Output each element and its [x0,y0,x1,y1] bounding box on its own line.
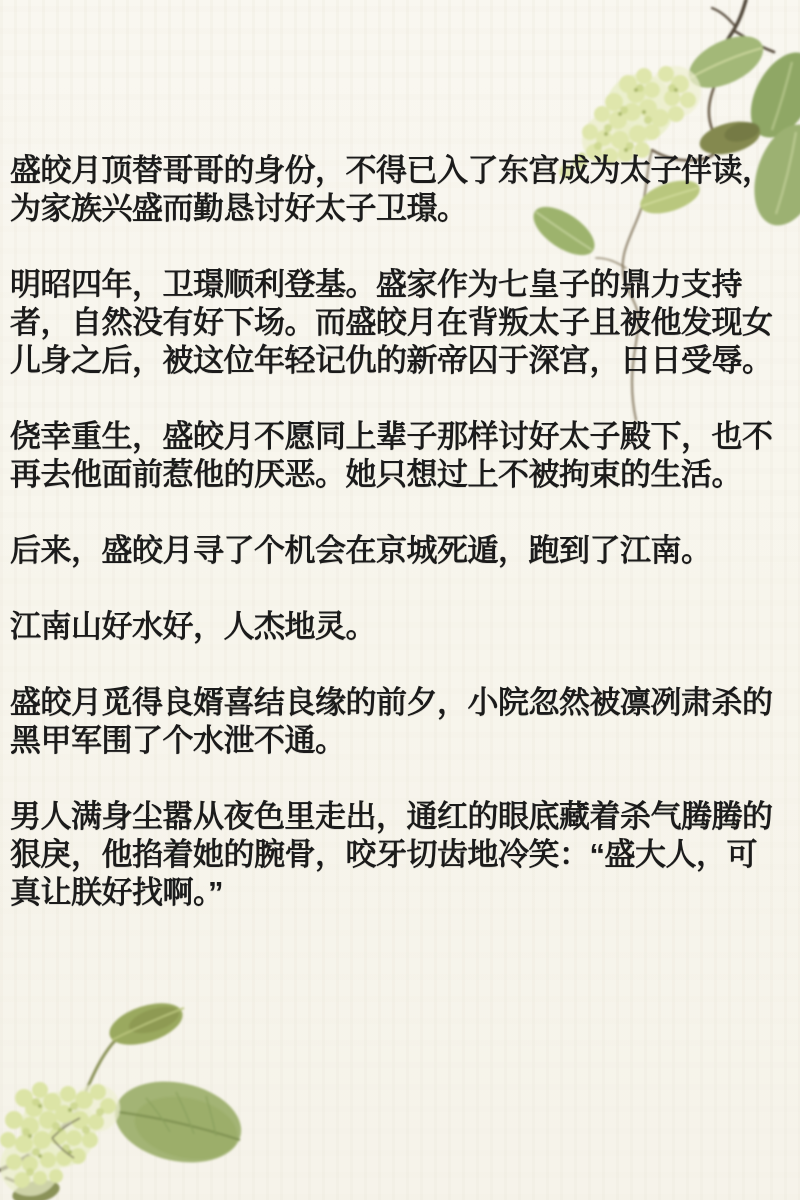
synopsis-paragraph-5: 江南山好水好，人杰地灵。 [10,608,792,646]
synopsis-paragraph-6: 盛皎月觅得良婿喜结良缘的前夕，小院忽然被凛冽肃杀的 黑甲军围了个水泄不通。 [10,684,792,760]
synopsis-text-block: 盛皎月顶替哥哥的身份，不得已入了东宫成为太子伴读， 为家族兴盛而勤恳讨好太子卫璟… [10,152,792,950]
leaf-icon [10,995,248,1200]
synopsis-paragraph-1: 盛皎月顶替哥哥的身份，不得已入了东宫成为太子伴读， 为家族兴盛而勤恳讨好太子卫璟… [10,152,792,228]
synopsis-paragraph-4: 后来，盛皎月寻了个机会在京城死遁，跑到了江南。 [10,532,792,570]
synopsis-paragraph-3: 侥幸重生，盛皎月不愿同上辈子那样讨好太子殿下，也不 再去他面前惹他的厌恶。她只想… [10,418,792,494]
synopsis-paragraph-2: 明昭四年，卫璟顺利登基。盛家作为七皇子的鼎力支持 者，自然没有好下场。而盛皎月在… [10,266,792,380]
synopsis-paragraph-7: 男人满身尘嚣从夜色里走出，通红的眼底藏着杀气腾腾的 狠戾，他掐着她的腕骨，咬牙切… [10,798,792,912]
floral-decoration-bottom-left [0,980,300,1200]
flower-cluster-icon [0,1082,120,1196]
